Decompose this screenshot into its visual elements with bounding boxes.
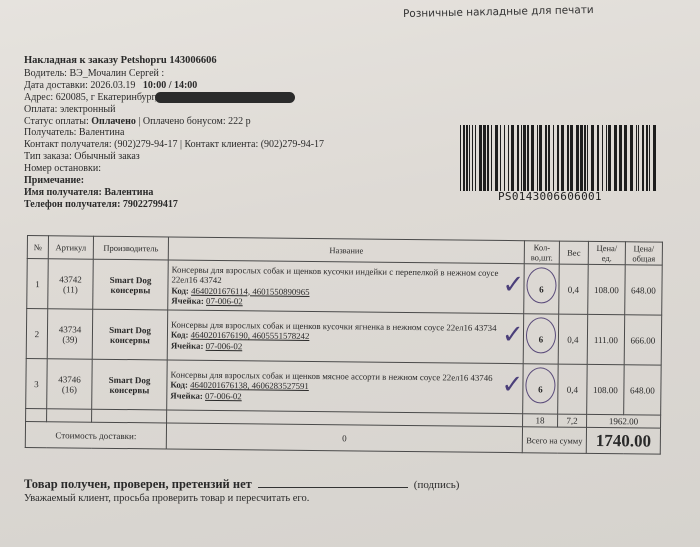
table-row: 1 43742(11) Smart Dogконсервы Консервы д… (27, 259, 662, 316)
delivery-time: 10:00 / 14:00 (143, 80, 197, 91)
delivery-date: Дата доставки: 2026.03.19 10:00 / 14:00 (24, 80, 324, 92)
handwritten-circle (526, 317, 556, 353)
row-code: 4640201676190, 4605551578242 (191, 330, 310, 341)
total-weight: 7,2 (558, 414, 587, 427)
stop-number: Номер остановки: (24, 163, 324, 175)
col-total: Цена/общая (625, 242, 662, 265)
customer-notice: Уважаемый клиент, просьба проверить това… (24, 493, 309, 504)
table-row: 2 43734(39) Smart Dogконсервы Консервы д… (26, 309, 661, 366)
note: Примечание: (24, 175, 324, 187)
row-cell: 07-006-02 (206, 296, 243, 306)
recipient: Получатель: Валентина (24, 127, 324, 139)
row-num: 3 (26, 358, 48, 408)
total-qty: 18 (523, 414, 558, 427)
row-cell: 07-006-02 (205, 391, 242, 401)
row-qty: ✓6 (523, 364, 559, 414)
handwritten-check-icon: ✓ (502, 320, 524, 350)
row-maker: Smart Dogконсервы (93, 259, 169, 310)
recipient-phone: Телефон получателя: 79022799417 (24, 199, 324, 211)
row-code: 4640201676114, 4601550890965 (191, 285, 310, 296)
grand-total-label: Всего на сумму (522, 427, 586, 454)
row-cell: 07-006-02 (206, 341, 243, 351)
invoice-header: Накладная к заказу Petshopru 143006606 В… (24, 55, 324, 211)
payment-status-badge: Оплачено (91, 116, 136, 127)
order-type: Тип заказа: Обычный заказ (24, 151, 324, 163)
signature-line (258, 487, 408, 488)
row-total: 666.00 (624, 315, 662, 365)
payment: Оплата: электронный (24, 104, 324, 116)
delivery-row: Стоимость доставки: 0 Всего на сумму 174… (25, 421, 660, 454)
row-num: 1 (27, 259, 49, 309)
handwritten-check-icon: ✓ (502, 270, 524, 300)
address: Адрес: 620085, г Екатеринбург, (24, 92, 324, 104)
row-qty: ✓6 (523, 314, 559, 364)
grand-total: 1740.00 (586, 427, 660, 454)
row-price: 108.00 (588, 264, 626, 314)
redacted-address (155, 92, 295, 103)
handwritten-circle (525, 367, 555, 403)
handwritten-check-icon: ✓ (501, 370, 523, 400)
col-price: Цена/ед. (588, 241, 625, 264)
row-qty: ✓6 (524, 264, 560, 314)
barcode-number: PS0143006606001 (498, 190, 602, 203)
invoice-title: Накладная к заказу Petshopru 143006606 (24, 55, 324, 67)
row-num: 2 (26, 309, 48, 359)
col-qty: Кол-во,шт. (524, 241, 559, 264)
barcode (460, 125, 660, 191)
row-name: Консервы для взрослых собак и щенков кус… (167, 310, 524, 364)
col-num: № (27, 236, 48, 259)
row-article: 43734(39) (47, 309, 93, 359)
signature-label: (подпись) (414, 479, 460, 491)
row-maker: Smart Dogконсервы (92, 309, 168, 360)
col-weight: Вес (559, 241, 588, 264)
row-weight: 0,4 (558, 314, 588, 364)
delivery-value: 0 (166, 423, 522, 453)
col-article: Артикул (48, 236, 93, 259)
payment-status: Статус оплаты: Оплачено | Оплачено бонус… (24, 116, 324, 128)
row-weight: 0,4 (559, 264, 589, 314)
row-maker: Smart Dogконсервы (92, 359, 168, 410)
delivery-label: Стоимость доставки: (25, 421, 166, 448)
invoice-paper: Розничные накладные для печати Накладная… (0, 0, 700, 547)
row-name: Консервы для взрослых собак и щенков кус… (168, 260, 525, 314)
row-price: 108.00 (587, 364, 625, 414)
items-table: № Артикул Производитель Название Кол-во,… (25, 235, 663, 455)
handwritten-circle (526, 267, 556, 303)
row-article: 43742(11) (48, 259, 94, 309)
row-code: 4640201676138, 4606283527591 (190, 380, 309, 391)
row-total: 648.00 (625, 265, 663, 315)
row-weight: 0,4 (558, 364, 588, 414)
col-maker: Производитель (93, 236, 168, 260)
recipient-name: Имя получателя: Валентина (24, 187, 324, 199)
row-total: 648.00 (624, 365, 662, 415)
total-sum: 1962.00 (587, 414, 661, 428)
contacts: Контакт получателя: (902)279-94-17 | Кон… (24, 139, 324, 151)
row-article: 43746(16) (47, 359, 93, 409)
table-row: 3 43746(16) Smart Dogконсервы Консервы д… (26, 358, 661, 415)
row-price: 111.00 (587, 314, 625, 364)
page-title: Розничные накладные для печати (403, 4, 594, 20)
row-name: Консервы для взрослых собак и щенков мяс… (167, 360, 524, 414)
driver: Водитель: ВЭ_Мочалин Сергей : (24, 68, 324, 80)
received-statement: Товар получен, проверен, претензий нет(п… (24, 477, 459, 492)
